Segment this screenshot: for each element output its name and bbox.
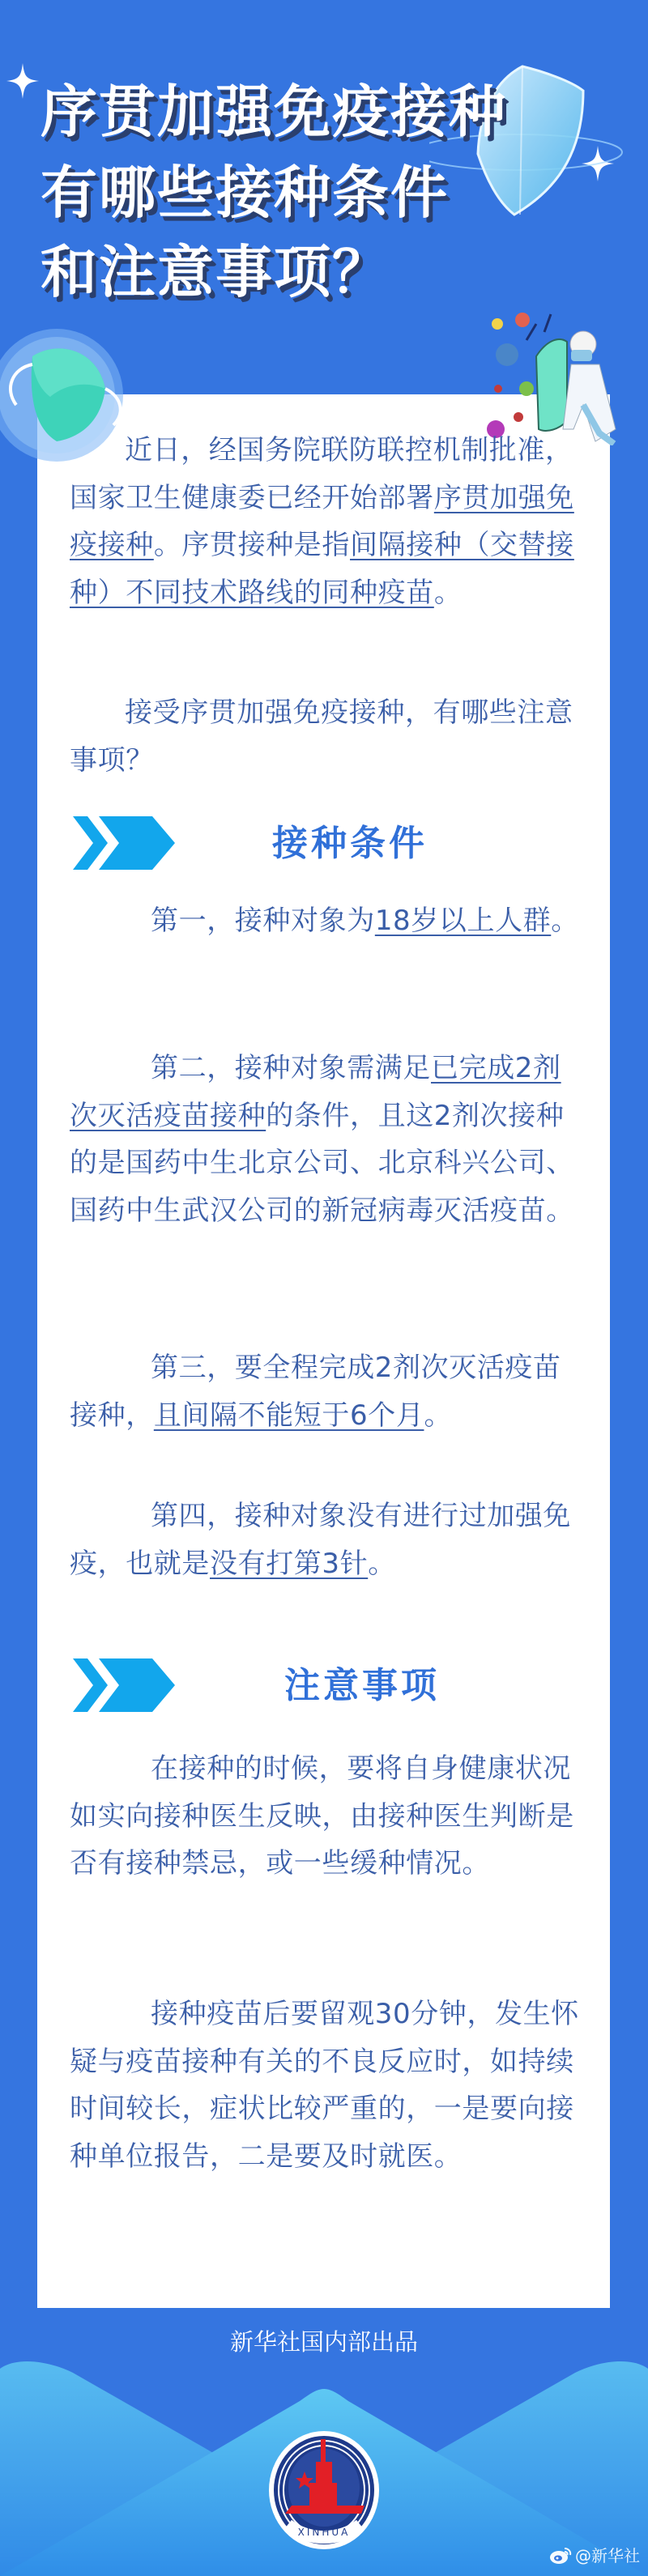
sparkle-icon: [6, 63, 39, 99]
condition-item-4: 第四，接种对象没有进行过加强免疫，也就是没有打第3针。: [70, 1492, 588, 1587]
publisher-credit: 新华社国内部出品: [0, 2326, 648, 2358]
weibo-icon: [549, 2545, 572, 2565]
virus-icon: [514, 412, 523, 422]
section-title: 接种条件: [272, 821, 428, 866]
notes-paragraph-2: 接种疫苗后要留观30分钟，发生怀疑与疫苗接种有关的不良反应时，如持续时间较长，症…: [70, 1991, 588, 2180]
condition-text: 。: [551, 905, 579, 937]
condition-highlight: 没有打第3针: [210, 1548, 368, 1580]
intro-paragraph-1: 近日，经国务院联防联控机制批准，国家卫生健康委已经开始部署序贯加强免疫接种。序贯…: [70, 427, 588, 616]
condition-item-2: 第二，接种对象需满足已完成2剂次灭活疫苗接种的条件，且这2剂次接种的是国药中生北…: [70, 1045, 588, 1234]
xinhua-logo: XINHUA: [267, 2429, 381, 2551]
weibo-watermark: @新华社: [549, 2543, 640, 2566]
virus-icon: [519, 381, 534, 396]
double-chevron-icon: [71, 816, 177, 870]
condition-highlight: 18岁以上人群: [375, 905, 551, 937]
title-line-1: 序贯加强免疫接种: [40, 79, 507, 144]
section-heading-notes: 注意事项: [70, 1658, 588, 1712]
virus-icon: [515, 313, 530, 327]
condition-item-3: 第三，要全程完成2剂次灭活疫苗接种，且间隔不能短于6个月。: [70, 1344, 588, 1439]
intro-text: 。: [434, 577, 463, 609]
title-line-2: 有哪些接种条件: [40, 160, 449, 225]
condition-highlight: 且间隔不能短于6个月: [154, 1399, 424, 1432]
weibo-handle: @新华社: [575, 2543, 640, 2566]
section-heading-conditions: 接种条件: [70, 816, 588, 870]
condition-text: 第二，接种对象需满足: [151, 1052, 431, 1084]
intro-paragraph-2: 接受序贯加强免疫接种，有哪些注意事项？: [70, 689, 588, 784]
virus-icon: [494, 385, 502, 393]
condition-text: 第一，接种对象为: [151, 905, 375, 937]
virus-icon: [496, 343, 518, 366]
section-title: 注意事项: [284, 1663, 440, 1709]
virus-icon: [492, 318, 503, 330]
condition-text: 。: [424, 1399, 452, 1432]
intro-text: 。序贯接种是指: [154, 529, 350, 561]
condition-text: 。: [368, 1548, 396, 1580]
doctor-with-shield-illustration: [486, 308, 624, 445]
condition-item-1: 第一，接种对象为18岁以上人群。: [70, 897, 588, 945]
double-chevron-icon: [71, 1658, 177, 1712]
notes-paragraph-1: 在接种的时候，要将自身健康状况如实向接种医生反映，由接种医生判断是否有接种禁忌，…: [70, 1745, 588, 1888]
svg-text:XINHUA: XINHUA: [298, 2527, 351, 2538]
title-line-3: 和注意事项？: [40, 240, 390, 304]
